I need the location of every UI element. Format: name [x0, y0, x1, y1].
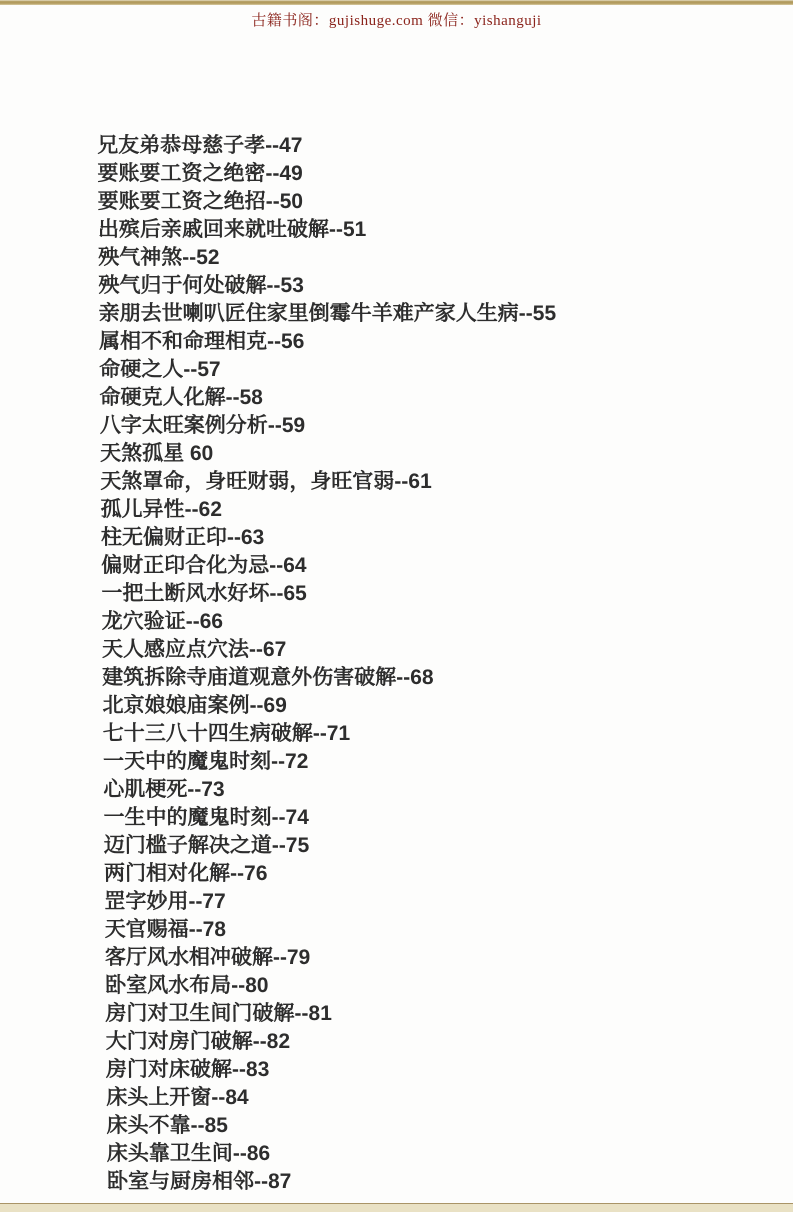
toc-entry: 天人感应点穴法--67 [102, 636, 758, 664]
toc-entry: 殃气神煞--52 [98, 244, 754, 272]
toc-entry: 床头不靠--85 [106, 1112, 762, 1140]
toc-entry: 偏财正印合化为忌--64 [101, 552, 757, 580]
toc-entry: 房门对床破解--83 [106, 1056, 762, 1084]
toc-entry: 亲朋去世喇叭匠住家里倒霉牛羊难产家人生病--55 [99, 300, 755, 328]
toc-entry: 一把土断风水好坏--65 [101, 580, 757, 608]
toc-entry: 孤儿异性--62 [100, 496, 756, 524]
toc-entry: 床头上开窗--84 [106, 1084, 762, 1112]
toc-entry: 命硬之人--57 [99, 356, 755, 384]
toc-entry: 一生中的魔鬼时刻--74 [103, 804, 759, 832]
top-border-band [0, 0, 793, 5]
toc-entry: 房门对卫生间门破解--81 [105, 1000, 761, 1028]
toc-entry: 客厅风水相冲破解--79 [105, 944, 761, 972]
toc-entry: 属相不和命理相克--56 [99, 328, 755, 356]
toc-entry: 要账要工资之绝招--50 [98, 188, 754, 216]
toc-entry: 命硬克人化解--58 [99, 384, 755, 412]
toc-entry: 八字太旺案例分析--59 [100, 412, 756, 440]
toc-entry: 龙穴验证--66 [102, 608, 758, 636]
toc-entry: 北京娘娘庙案例--69 [102, 692, 758, 720]
toc-entry: 柱无偏财正印--63 [101, 524, 757, 552]
site-watermark-header: 古籍书阁：gujishuge.com 微信：yishanguji [0, 9, 793, 30]
toc-entry: 卧室风水布局--80 [105, 972, 761, 1000]
scanned-document-page: 古籍书阁：gujishuge.com 微信：yishanguji 兄友弟恭母慈子… [0, 0, 793, 1212]
bottom-border-band [0, 1203, 793, 1212]
toc-entry: 大门对房门破解--82 [106, 1028, 762, 1056]
toc-entry: 天官赐福--78 [105, 916, 761, 944]
toc-entry: 兄友弟恭母慈子孝--47 [97, 132, 753, 160]
toc-entry: 两门相对化解--76 [104, 860, 760, 888]
toc-entry: 建筑拆除寺庙道观意外伤害破解--68 [102, 664, 758, 692]
toc-entry: 殃气归于何处破解--53 [98, 272, 754, 300]
toc-entry: 卧室与厨房相邻--87 [107, 1168, 763, 1196]
toc-entry: 天煞孤星 60 [100, 440, 756, 468]
toc-entry: 一天中的魔鬼时刻--72 [103, 748, 759, 776]
toc-entry: 床头靠卫生间--86 [107, 1140, 763, 1168]
toc-entry: 要账要工资之绝密--49 [97, 160, 753, 188]
table-of-contents: 兄友弟恭母慈子孝--47要账要工资之绝密--49要账要工资之绝招--50出殡后亲… [97, 132, 763, 1196]
toc-entry: 迈门槛子解决之道--75 [104, 832, 760, 860]
toc-entry: 出殡后亲戚回来就吐破解--51 [98, 216, 754, 244]
toc-entry: 罡字妙用--77 [104, 888, 760, 916]
toc-entry: 七十三八十四生病破解--71 [103, 720, 759, 748]
toc-entry: 天煞罩命，身旺财弱，身旺官弱--61 [100, 468, 756, 496]
toc-entry: 心肌梗死--73 [103, 776, 759, 804]
